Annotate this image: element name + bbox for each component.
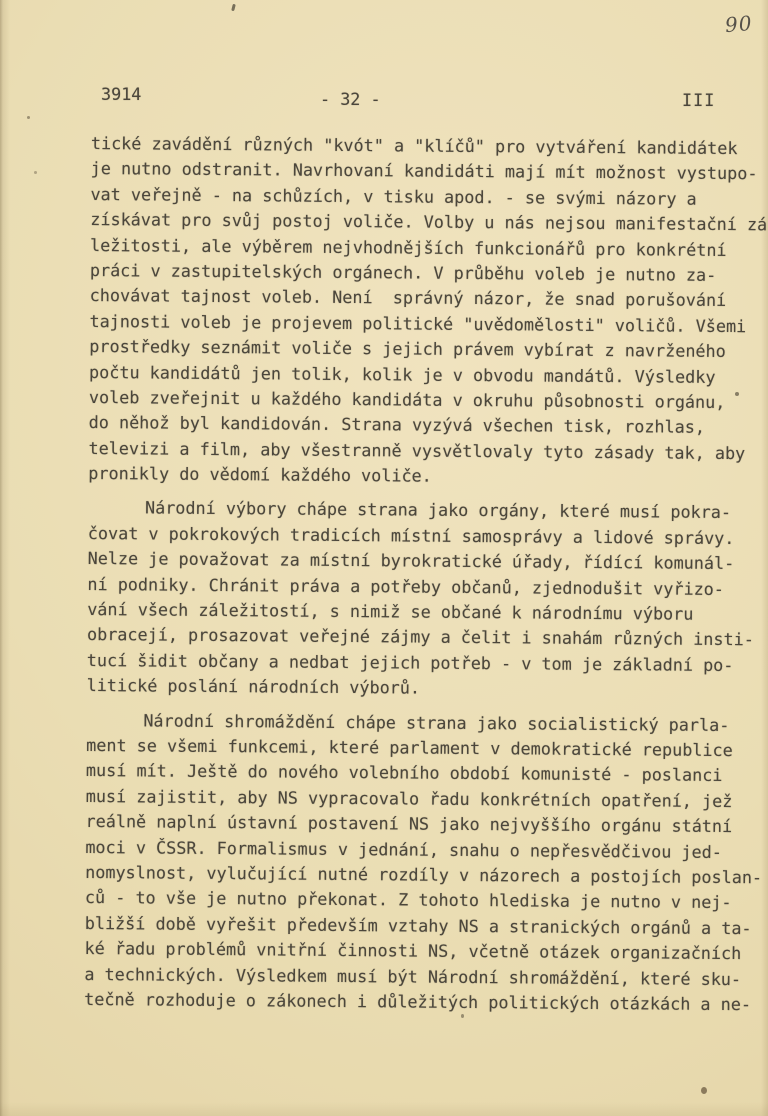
paper-speck	[34, 171, 37, 174]
document-number: 3914	[101, 84, 141, 104]
text-line: pronikly do vědomí každého voliče.	[88, 461, 768, 492]
paper-speck	[27, 116, 30, 119]
paper-speck	[735, 392, 739, 396]
paragraph: Národní výbory chápe strana jako orgány,…	[87, 495, 768, 703]
paper-speck	[461, 1014, 464, 1018]
paragraph: tické zavádění různých "kvót" a "klíčů" …	[88, 131, 768, 492]
handwritten-page-mark: 90	[724, 11, 753, 37]
text-line: litické poslání národních výborů.	[87, 673, 768, 704]
page-number: - 32 -	[320, 89, 381, 109]
text-line: tečně rozhoduje o zákonech i důležitých …	[84, 987, 768, 1018]
paper-speck	[231, 4, 236, 12]
section-number: III	[682, 90, 715, 110]
paragraph: Národní shromáždění chápe strana jako so…	[84, 708, 768, 1018]
paper-speck	[701, 1087, 707, 1094]
document-page: 90 3914 - 32 - III tické zavádění různýc…	[0, 0, 768, 1116]
document-body: tické zavádění různých "kvót" a "klíčů" …	[84, 131, 768, 1018]
